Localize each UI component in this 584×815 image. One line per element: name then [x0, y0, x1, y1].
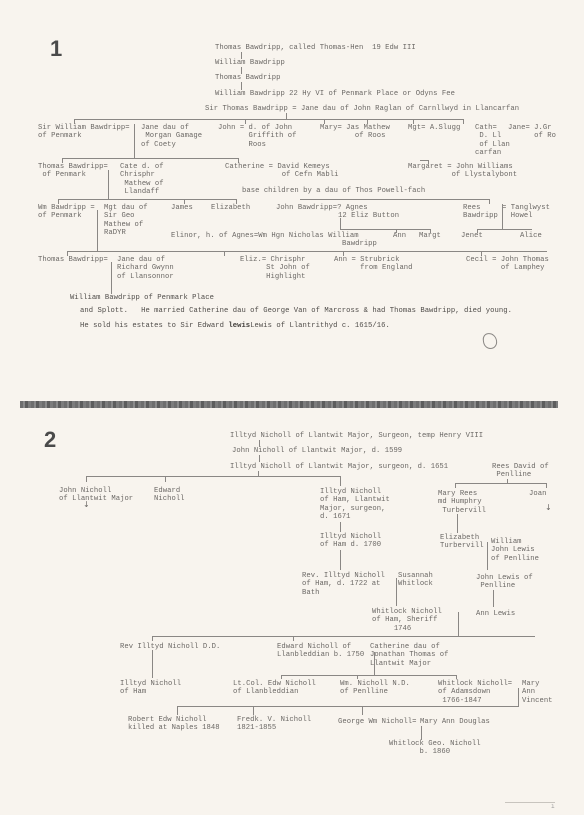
section-divider	[20, 401, 558, 408]
s1-ann-strubrick: Ann = Strubrick from England	[334, 256, 413, 273]
line	[357, 675, 358, 679]
s2-whitlock-geo: Whitlock Geo. Nicholl b. 1860	[389, 740, 481, 757]
s2-john-lewis-penlline: John Lewis of Penlline	[476, 574, 533, 591]
line	[340, 550, 341, 570]
s1-line-william: William Bawdripp	[215, 59, 285, 67]
s1-cecil: Cecil = John Thomas of Lamphey	[466, 256, 549, 273]
line	[241, 67, 242, 74]
line	[177, 706, 178, 715]
s1-mgt-mathew: Mgt dau of Sir Geo Mathew of RaDYR	[104, 204, 148, 237]
page-mark: ı	[551, 803, 555, 810]
continuation-arrow-icon: ↓	[83, 500, 90, 509]
line	[493, 590, 494, 607]
line	[111, 262, 112, 286]
line	[224, 251, 225, 256]
line	[421, 726, 422, 740]
s1-rees: Rees Bawdripp	[463, 204, 498, 221]
s2-robert-edw: Robert Edw Nicholl killed at Naples 1848	[128, 716, 220, 733]
page-edge-mark	[505, 802, 555, 803]
line	[340, 229, 430, 230]
s2-catherine-thomas: Catherine dau of Jonathan Thomas of Llan…	[370, 643, 449, 668]
section-1-number: 1	[50, 36, 62, 62]
s1-base-children: base children by a dau of Thos Powell-fa…	[242, 187, 425, 195]
s1-john: John = d. of John Griffith of Roos	[218, 124, 297, 149]
s1-william-bawdripp-sub: Bawdripp	[342, 240, 377, 248]
line	[259, 440, 260, 447]
s1-ann: Ann	[393, 232, 406, 240]
s1-tanglwyst: = Tanglwyst Howel	[502, 204, 550, 221]
line	[165, 476, 166, 482]
line	[420, 160, 428, 161]
initials-mark	[482, 332, 498, 350]
line	[362, 706, 363, 715]
line	[134, 124, 135, 159]
line	[86, 476, 340, 477]
s1-eliz-stjohn: Eliz.= Chrisphr St John of Highlight	[240, 256, 310, 281]
s1-cath: Cath= D. Ll of Llan carfan	[475, 124, 510, 157]
s2-edward-nicholl: Edward Nicholl	[154, 487, 185, 504]
s1-jane-gwynn: Jane dau of Richard Gwynn of Llansonnor	[117, 256, 174, 281]
line	[456, 675, 457, 679]
line	[477, 229, 532, 230]
s2-george-wm: George Wm Nicholl=	[338, 718, 417, 726]
line	[396, 578, 397, 606]
s1-jane-gamage: Jane dau of Morgan Gamage of Coety	[141, 124, 202, 149]
genealogy-page: 1 Thomas Bawdripp, called Thomas-Hen 19 …	[0, 0, 584, 815]
s2-elizabeth-turbervill: Elizabeth Turbervill	[440, 534, 484, 551]
s2-ann-lewis: Ann Lewis	[476, 610, 515, 618]
line	[340, 522, 341, 532]
s1-wm-bawdripp: Wm Bawdripp = of Penmark	[38, 204, 95, 221]
s1-line-william-22: William Bawdripp 22 Hy VI of Penmark Pla…	[215, 90, 455, 98]
s2-ltcol-edw: Lt.Col. Edw Nicholl of Llanbleddian	[233, 680, 316, 697]
line	[281, 675, 282, 679]
s1-james: James	[171, 204, 193, 212]
s2-line-john-1599: John Nicholl of Llantwit Major, d. 1599	[232, 447, 402, 455]
s2-rees-david: Rees David of Penlline	[492, 463, 549, 480]
s1-catherine: Catherine = David Kemeys of Cefn Mabli	[225, 163, 338, 180]
line	[458, 612, 459, 636]
s2-line-illtyd-surgeon: Illtyd Nicholl of Llantwit Major, Surgeo…	[230, 432, 483, 440]
line	[259, 455, 260, 462]
line	[177, 706, 519, 707]
s1-line-sir-thomas: Sir Thomas Bawdripp = Jane dau of John R…	[205, 105, 519, 113]
line	[457, 514, 458, 533]
line	[241, 82, 242, 90]
s1-jane2: Jane= J.Gr of Ro	[508, 124, 556, 141]
line	[374, 652, 375, 676]
s1-note-3-a: He sold his estates to Sir Edward	[80, 322, 228, 330]
s1-margaret: Margaret = John Williams of Llystalybont	[408, 163, 517, 180]
s1-elinor-nicholas: Elinor, h. of Agnes=Wm Hgn Nicholas Will…	[171, 232, 359, 240]
s1-note-3: He sold his estates to Sir Edward lewisL…	[80, 322, 390, 330]
s2-whitlock-adamsdown: Whitlock Nicholl= of Adamsdown 1766-1847	[438, 680, 512, 705]
s1-note-2: and Splott. He married Catherine dau of …	[80, 307, 512, 315]
s1-note-1: William Bawdripp of Penmark Place	[70, 294, 214, 302]
s2-mary-ann-douglas: Mary Ann Douglas	[420, 718, 490, 726]
line	[463, 119, 464, 124]
line	[241, 52, 242, 59]
continuation-arrow-icon: ↓	[545, 503, 552, 512]
line	[111, 286, 112, 294]
s2-illtyd-ham: Illtyd Nicholl of Ham, Llantwit Major, s…	[320, 488, 390, 521]
line	[455, 483, 456, 488]
line	[97, 210, 98, 252]
s1-cate: Cate d. of Chrisphr Mathew of Llandaff	[120, 163, 164, 196]
line	[62, 158, 239, 159]
s2-joan: Joan	[529, 490, 546, 498]
s1-line-thomas-hen: Thomas Bawdripp, called Thomas-Hen 19 Ed…	[215, 44, 416, 52]
line	[455, 483, 547, 484]
s1-jenet: Jenet	[461, 232, 483, 240]
s1-note-3-b: Lewis of Llantrithyd c. 1615/16.	[250, 322, 390, 330]
s1-thomas-gen3: Thomas Bawdripp= of Penmark	[38, 163, 108, 180]
line	[152, 636, 535, 637]
s2-rev-illtyd-1722: Rev. Illtyd Nicholl of Ham, d. 1722 at B…	[302, 572, 385, 597]
s2-illtyd-1700: Illtyd Nicholl of Ham d. 1700	[320, 533, 381, 550]
line	[502, 204, 503, 230]
line	[86, 476, 87, 482]
s1-mgt: Mgt= A.Slugg	[408, 124, 460, 132]
s2-william-john-lewis: William John Lewis of Penlline	[491, 538, 539, 563]
s1-margt: Margt	[419, 232, 441, 240]
s1-mary: Mary= Jas Mathew of Roos	[320, 124, 390, 141]
s2-john-nicholl: John Nicholl of Llantwit Major	[59, 487, 133, 504]
line	[340, 476, 341, 486]
s2-fredk: Fredk. V. Nicholl 1821-1855	[237, 716, 311, 733]
line	[152, 650, 153, 678]
s2-whitlock-sheriff: Whitlock Nicholl of Ham, Sheriff 1746	[372, 608, 442, 633]
s1-thomas-gen5: Thomas Bawdripp=	[38, 256, 108, 264]
line	[108, 170, 109, 200]
s2-mary-ann-vincent: Mary Ann Vincent	[522, 680, 553, 705]
s2-line-illtyd-1651: Illtyd Nicholl of Llantwit Major, surgeo…	[230, 463, 448, 471]
line	[518, 688, 519, 707]
line	[74, 119, 464, 120]
line	[546, 483, 547, 488]
s2-susannah-whitlock: Susannah Whitlock	[398, 572, 433, 589]
s2-rev-illtyd-dd: Rev Illtyd Nicholl D.D.	[120, 643, 220, 651]
s1-agnes-button: 12 Eliz Button	[338, 212, 399, 220]
s1-line-thomas: Thomas Bawdripp	[215, 74, 280, 82]
line	[293, 636, 294, 641]
s1-sir-william: Sir William Bawdripp= of Penmark	[38, 124, 130, 141]
line	[58, 199, 236, 200]
s2-wm-nicholl: Wm. Nicholl N.D. of Penlline	[340, 680, 410, 697]
s1-elizabeth: Elizabeth	[211, 204, 250, 212]
line	[300, 199, 490, 200]
s2-edward-llanbleddian: Edward Nicholl of Llanbleddian b. 1750	[277, 643, 364, 660]
s1-alice: Alice	[520, 232, 542, 240]
line	[281, 675, 457, 676]
s2-illtyd-ham-gen7: Illtyd Nicholl of Ham	[120, 680, 181, 697]
s2-mary-rees: Mary Rees md Humphry Turbervill	[438, 490, 486, 515]
line	[487, 542, 488, 570]
line	[253, 706, 254, 715]
section-2-number: 2	[44, 427, 56, 453]
line	[67, 251, 547, 252]
s1-note-3-struck: lewis	[228, 322, 250, 330]
line	[152, 636, 153, 641]
